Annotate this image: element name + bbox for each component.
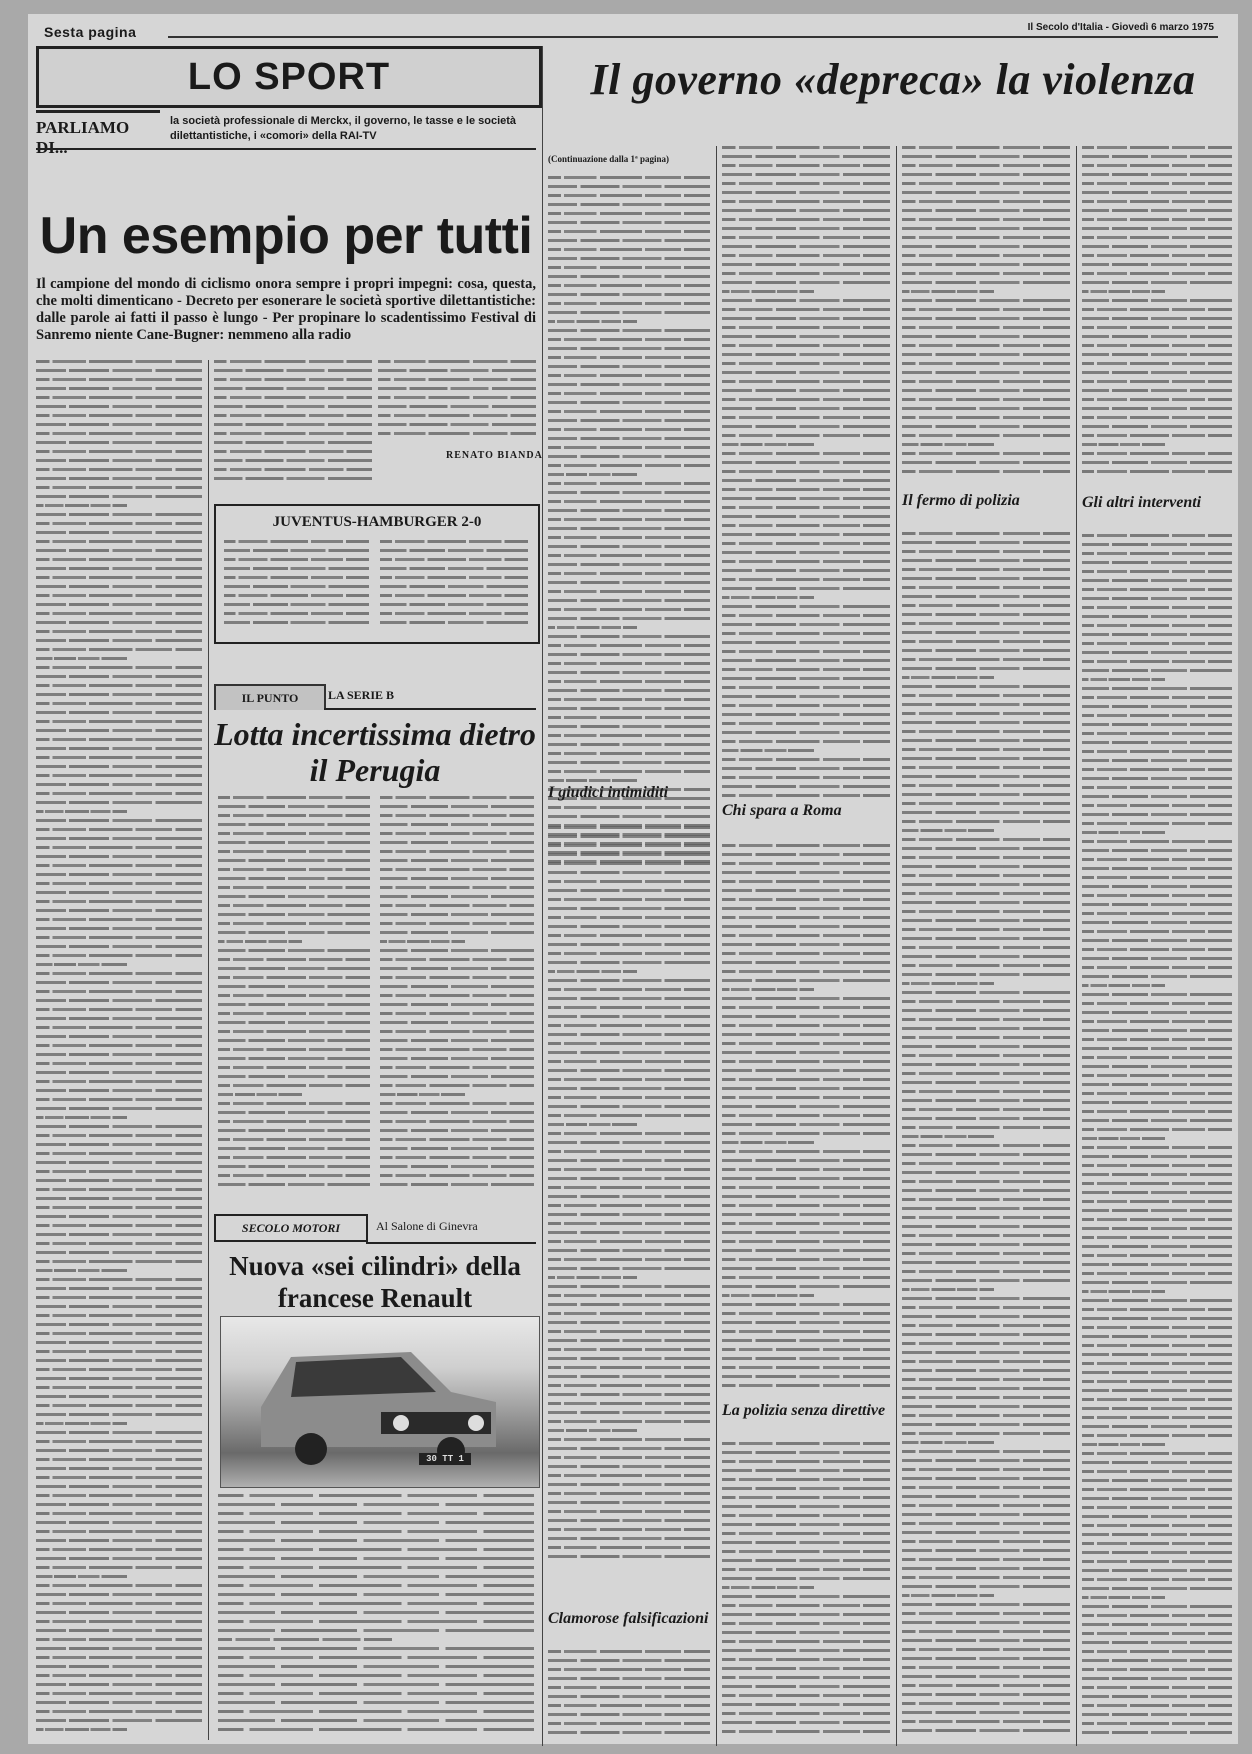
text-line bbox=[218, 1557, 534, 1560]
text-line bbox=[548, 844, 710, 847]
text-line bbox=[380, 1147, 534, 1150]
text-line bbox=[722, 943, 890, 946]
text-line bbox=[902, 164, 1070, 167]
text-line bbox=[36, 1305, 202, 1308]
text-line bbox=[902, 1270, 1070, 1273]
text-line bbox=[722, 871, 890, 874]
text-line bbox=[548, 1231, 710, 1234]
text-line bbox=[902, 766, 1070, 769]
text-line bbox=[218, 1048, 370, 1051]
text-line bbox=[380, 1093, 465, 1096]
text-line bbox=[36, 1053, 202, 1056]
text-line bbox=[36, 1224, 202, 1227]
text-line bbox=[722, 1267, 890, 1270]
text-line bbox=[902, 1531, 1070, 1534]
text-line bbox=[548, 194, 710, 197]
text-line bbox=[722, 695, 890, 698]
text-line bbox=[548, 970, 637, 973]
text-line bbox=[902, 577, 1070, 580]
text-line bbox=[722, 1249, 890, 1252]
text-line bbox=[548, 1474, 710, 1477]
text-line bbox=[722, 1375, 890, 1378]
text-line bbox=[548, 248, 710, 251]
text-line bbox=[36, 684, 202, 687]
text-line bbox=[722, 1613, 890, 1616]
text-line bbox=[722, 1150, 890, 1153]
text-line bbox=[902, 910, 1070, 913]
text-line bbox=[722, 191, 890, 194]
text-line bbox=[548, 482, 710, 485]
text-line bbox=[548, 1303, 710, 1306]
text-line bbox=[218, 1183, 370, 1186]
text-line bbox=[902, 353, 1070, 356]
text-line bbox=[218, 859, 370, 862]
text-line bbox=[548, 680, 710, 683]
text-line bbox=[36, 522, 202, 525]
text-line bbox=[36, 900, 202, 903]
text-line bbox=[722, 308, 890, 311]
text-line bbox=[36, 1413, 202, 1416]
text-line bbox=[1082, 1083, 1232, 1086]
text-line bbox=[1082, 452, 1232, 455]
text-line bbox=[902, 1567, 1070, 1570]
text-line bbox=[218, 904, 370, 907]
text-line bbox=[548, 1051, 710, 1054]
text-line bbox=[1082, 1371, 1232, 1374]
text-line bbox=[902, 1369, 1070, 1372]
text-line bbox=[548, 734, 710, 737]
text-line bbox=[722, 997, 890, 1000]
text-line bbox=[36, 1323, 202, 1326]
text-line bbox=[36, 1089, 202, 1092]
text-line bbox=[1082, 362, 1232, 365]
text-line bbox=[548, 916, 710, 919]
text-line bbox=[722, 146, 890, 149]
text-line bbox=[548, 1213, 710, 1216]
text-line bbox=[1082, 371, 1232, 374]
text-line bbox=[548, 347, 710, 350]
text-line bbox=[902, 299, 1070, 302]
text-line bbox=[1082, 1182, 1232, 1185]
text-line bbox=[36, 1728, 127, 1731]
text-line bbox=[722, 1442, 890, 1445]
text-line bbox=[548, 770, 710, 773]
text-line bbox=[548, 1510, 710, 1513]
text-line bbox=[1082, 840, 1232, 843]
text-line bbox=[722, 1195, 890, 1198]
text-line bbox=[36, 1170, 202, 1173]
text-line bbox=[902, 703, 1070, 706]
byline: RENATO BIANDA bbox=[446, 450, 543, 461]
text-line bbox=[36, 1476, 202, 1479]
text-line bbox=[902, 919, 1070, 922]
text-line bbox=[722, 880, 890, 883]
text-line bbox=[902, 254, 1070, 257]
text-line bbox=[36, 1206, 202, 1209]
text-line bbox=[902, 847, 1070, 850]
text-line bbox=[902, 1117, 1070, 1120]
text-line bbox=[902, 1522, 1070, 1525]
text-line bbox=[902, 209, 1070, 212]
text-line bbox=[1082, 858, 1232, 861]
text-line bbox=[36, 666, 202, 669]
text-line bbox=[548, 1141, 710, 1144]
text-line bbox=[380, 585, 528, 588]
text-line bbox=[902, 685, 1070, 688]
text-line bbox=[380, 886, 534, 889]
text-line bbox=[548, 464, 710, 467]
text-line bbox=[36, 693, 202, 696]
text-line bbox=[380, 976, 534, 979]
text-line bbox=[902, 1450, 1070, 1453]
text-line bbox=[902, 1540, 1070, 1543]
text-line bbox=[548, 707, 710, 710]
text-line bbox=[722, 1114, 890, 1117]
text-line bbox=[224, 567, 369, 570]
text-line bbox=[722, 281, 890, 284]
text-line bbox=[902, 1585, 1070, 1588]
text-line bbox=[902, 694, 1070, 697]
text-line bbox=[1082, 606, 1232, 609]
text-line bbox=[36, 729, 202, 732]
text-line bbox=[722, 1258, 890, 1261]
text-line bbox=[722, 961, 890, 964]
text-line bbox=[1082, 1632, 1232, 1635]
text-line bbox=[548, 293, 710, 296]
text-line bbox=[1082, 389, 1232, 392]
text-line bbox=[722, 1285, 890, 1288]
text-line bbox=[1082, 1092, 1232, 1095]
text-line bbox=[902, 461, 1070, 464]
text-line bbox=[1082, 1317, 1232, 1320]
text-line bbox=[902, 443, 994, 446]
subhead-falsificazioni: Clamorose falsificazioni bbox=[548, 1610, 710, 1628]
text-line bbox=[36, 1332, 202, 1335]
text-line bbox=[1082, 993, 1232, 996]
text-line bbox=[1082, 398, 1232, 401]
text-line bbox=[1082, 335, 1232, 338]
text-line bbox=[36, 1629, 202, 1632]
text-line bbox=[722, 299, 890, 302]
text-line bbox=[218, 1647, 534, 1650]
text-line bbox=[36, 1035, 202, 1038]
text-line bbox=[722, 1694, 890, 1697]
text-line bbox=[218, 1665, 534, 1668]
text-line bbox=[36, 495, 202, 498]
text-line bbox=[380, 1048, 534, 1051]
text-line bbox=[902, 173, 1070, 176]
text-line bbox=[36, 837, 202, 840]
text-line bbox=[1082, 633, 1232, 636]
car-image-icon bbox=[251, 1337, 501, 1467]
text-line bbox=[1082, 146, 1232, 149]
text-line bbox=[1082, 1335, 1232, 1338]
text-line bbox=[1082, 1605, 1232, 1608]
text-line bbox=[548, 1177, 710, 1180]
text-line bbox=[548, 1312, 710, 1315]
text-line bbox=[902, 1603, 1070, 1606]
text-line bbox=[548, 1159, 710, 1162]
text-line bbox=[36, 801, 202, 804]
text-line bbox=[902, 1288, 994, 1291]
text-line bbox=[548, 329, 710, 332]
text-line bbox=[548, 1357, 710, 1360]
text-line bbox=[1082, 470, 1232, 473]
text-line bbox=[1082, 1497, 1232, 1500]
text-line bbox=[548, 979, 710, 982]
text-line bbox=[902, 1684, 1070, 1687]
text-line bbox=[548, 320, 637, 323]
text-line bbox=[722, 344, 890, 347]
text-line bbox=[548, 365, 710, 368]
text-line bbox=[722, 898, 890, 901]
text-line bbox=[218, 1656, 534, 1659]
rubric-label: PARLIAMO DI... bbox=[36, 118, 160, 158]
text-line bbox=[722, 596, 814, 599]
text-line bbox=[548, 1447, 710, 1450]
text-line bbox=[36, 936, 202, 939]
text-line bbox=[902, 398, 1070, 401]
text-line bbox=[380, 904, 534, 907]
text-line bbox=[548, 1402, 710, 1405]
text-line bbox=[902, 712, 1070, 715]
text-line bbox=[722, 659, 890, 662]
text-line bbox=[902, 1657, 1070, 1660]
text-line bbox=[218, 1593, 534, 1596]
text-line bbox=[902, 973, 1070, 976]
text-line bbox=[1082, 1110, 1232, 1113]
text-line bbox=[548, 1195, 710, 1198]
text-line bbox=[36, 1548, 202, 1551]
text-line bbox=[1082, 1515, 1232, 1518]
text-line bbox=[1082, 1218, 1232, 1221]
text-line bbox=[1082, 831, 1165, 834]
text-line bbox=[218, 1120, 370, 1123]
text-line bbox=[722, 533, 890, 536]
text-line bbox=[902, 730, 1070, 733]
text-line bbox=[380, 594, 528, 597]
text-line bbox=[36, 1719, 202, 1722]
text-line bbox=[722, 1069, 890, 1072]
text-line bbox=[380, 823, 534, 826]
text-line bbox=[1082, 957, 1232, 960]
text-line bbox=[548, 509, 710, 512]
text-line bbox=[1082, 1614, 1232, 1617]
text-line bbox=[548, 1132, 710, 1135]
text-line bbox=[218, 886, 370, 889]
text-line bbox=[1082, 164, 1232, 167]
text-line bbox=[218, 1683, 534, 1686]
text-line bbox=[218, 1093, 302, 1096]
text-line bbox=[218, 1039, 370, 1042]
text-line bbox=[548, 1330, 710, 1333]
text-line bbox=[722, 1033, 890, 1036]
text-line bbox=[1082, 1560, 1232, 1563]
text-line bbox=[902, 856, 1070, 859]
text-line bbox=[1082, 786, 1232, 789]
text-line bbox=[214, 423, 372, 426]
text-line bbox=[1082, 299, 1232, 302]
text-line bbox=[722, 371, 890, 374]
text-line bbox=[1082, 1407, 1232, 1410]
text-line bbox=[380, 1012, 534, 1015]
text-line bbox=[722, 1078, 890, 1081]
text-line bbox=[380, 850, 534, 853]
text-line bbox=[218, 1030, 370, 1033]
text-line bbox=[378, 414, 536, 417]
text-line bbox=[722, 1213, 890, 1216]
text-line bbox=[218, 994, 370, 997]
text-line bbox=[548, 383, 710, 386]
text-line bbox=[36, 648, 202, 651]
text-line bbox=[1082, 1245, 1232, 1248]
text-line bbox=[902, 1513, 1070, 1516]
motori-rule bbox=[366, 1242, 536, 1244]
text-line bbox=[548, 617, 710, 620]
text-line bbox=[548, 871, 710, 874]
text-line bbox=[722, 1222, 890, 1225]
text-line bbox=[1082, 1263, 1232, 1266]
text-line bbox=[1082, 579, 1232, 582]
text-line bbox=[36, 1269, 127, 1272]
text-line bbox=[224, 612, 369, 615]
text-line bbox=[218, 913, 370, 916]
text-line bbox=[214, 468, 372, 471]
text-line bbox=[218, 985, 370, 988]
text-line bbox=[36, 1449, 202, 1452]
text-line bbox=[548, 446, 710, 449]
politics-column-2 bbox=[722, 146, 890, 806]
text-line bbox=[722, 1604, 890, 1607]
text-line bbox=[36, 1710, 202, 1713]
text-line bbox=[380, 1165, 534, 1168]
text-line bbox=[902, 1720, 1070, 1723]
text-line bbox=[548, 635, 710, 638]
text-line bbox=[722, 1276, 890, 1279]
text-line bbox=[902, 820, 1070, 823]
text-line bbox=[218, 1584, 534, 1587]
text-line bbox=[1082, 750, 1232, 753]
text-line bbox=[36, 918, 202, 921]
text-line bbox=[1082, 1389, 1232, 1392]
text-line bbox=[902, 1306, 1070, 1309]
text-line bbox=[548, 1677, 710, 1680]
text-line bbox=[548, 1168, 710, 1171]
text-line bbox=[1082, 317, 1232, 320]
text-line bbox=[722, 1024, 890, 1027]
text-line bbox=[722, 1478, 890, 1481]
text-line bbox=[902, 218, 1070, 221]
text-line bbox=[722, 1123, 890, 1126]
text-line bbox=[1082, 642, 1232, 645]
text-line bbox=[902, 883, 1070, 886]
text-line bbox=[902, 982, 994, 985]
text-line bbox=[380, 985, 534, 988]
text-line bbox=[380, 1039, 534, 1042]
text-line bbox=[722, 1339, 890, 1342]
text-line bbox=[380, 796, 534, 799]
text-line bbox=[902, 281, 1070, 284]
text-line bbox=[218, 841, 370, 844]
text-line bbox=[218, 1003, 370, 1006]
text-line bbox=[36, 441, 202, 444]
text-line bbox=[902, 1009, 1070, 1012]
text-line bbox=[722, 853, 890, 856]
text-line bbox=[548, 1096, 710, 1099]
text-line bbox=[36, 423, 202, 426]
text-line bbox=[1082, 1713, 1232, 1716]
text-line bbox=[1082, 1488, 1232, 1491]
text-line bbox=[218, 931, 370, 934]
text-line bbox=[36, 1521, 202, 1524]
text-line bbox=[1082, 588, 1232, 591]
text-line bbox=[1082, 1029, 1232, 1032]
text-line bbox=[36, 1386, 202, 1389]
match-result-title: JUVENTUS-HAMBURGER 2-0 bbox=[216, 514, 538, 531]
text-line bbox=[722, 1303, 890, 1306]
text-line bbox=[380, 1120, 534, 1123]
text-line bbox=[1082, 552, 1232, 555]
text-line bbox=[902, 1549, 1070, 1552]
text-line bbox=[722, 452, 890, 455]
sport-column-2 bbox=[214, 360, 372, 488]
text-line bbox=[722, 497, 890, 500]
text-line bbox=[1082, 1326, 1232, 1329]
text-line bbox=[36, 783, 202, 786]
text-line bbox=[36, 1350, 202, 1353]
text-line bbox=[722, 1087, 890, 1090]
text-line bbox=[548, 653, 710, 656]
text-line bbox=[380, 1102, 534, 1105]
text-line bbox=[36, 1692, 202, 1695]
text-line bbox=[722, 1204, 890, 1207]
text-line bbox=[722, 380, 890, 383]
text-line bbox=[722, 916, 890, 919]
text-line bbox=[218, 1530, 534, 1533]
text-line bbox=[722, 461, 890, 464]
text-line bbox=[218, 1165, 370, 1168]
text-line bbox=[378, 369, 536, 372]
text-line bbox=[1082, 822, 1232, 825]
text-line bbox=[548, 203, 710, 206]
text-line bbox=[36, 468, 202, 471]
text-line bbox=[36, 1422, 127, 1425]
text-line bbox=[548, 761, 710, 764]
text-line bbox=[1082, 984, 1165, 987]
text-line bbox=[1082, 885, 1232, 888]
text-line bbox=[902, 1504, 1070, 1507]
continuation-label: (Continuazione dalla 1ª pagina) bbox=[548, 154, 669, 164]
text-line bbox=[902, 1414, 1070, 1417]
text-line bbox=[36, 1503, 202, 1506]
text-line bbox=[902, 272, 1070, 275]
text-line bbox=[224, 576, 369, 579]
text-line bbox=[722, 1559, 890, 1562]
text-line bbox=[36, 396, 202, 399]
text-line bbox=[902, 892, 1070, 895]
text-line bbox=[902, 308, 1070, 311]
text-line bbox=[722, 776, 890, 779]
text-line bbox=[218, 1138, 370, 1141]
text-line bbox=[902, 559, 1070, 562]
text-line bbox=[548, 934, 710, 937]
text-line bbox=[36, 1341, 202, 1344]
text-line bbox=[722, 227, 890, 230]
text-line bbox=[902, 928, 1070, 931]
text-line bbox=[1082, 912, 1232, 915]
text-line bbox=[902, 550, 1070, 553]
text-line bbox=[548, 500, 710, 503]
